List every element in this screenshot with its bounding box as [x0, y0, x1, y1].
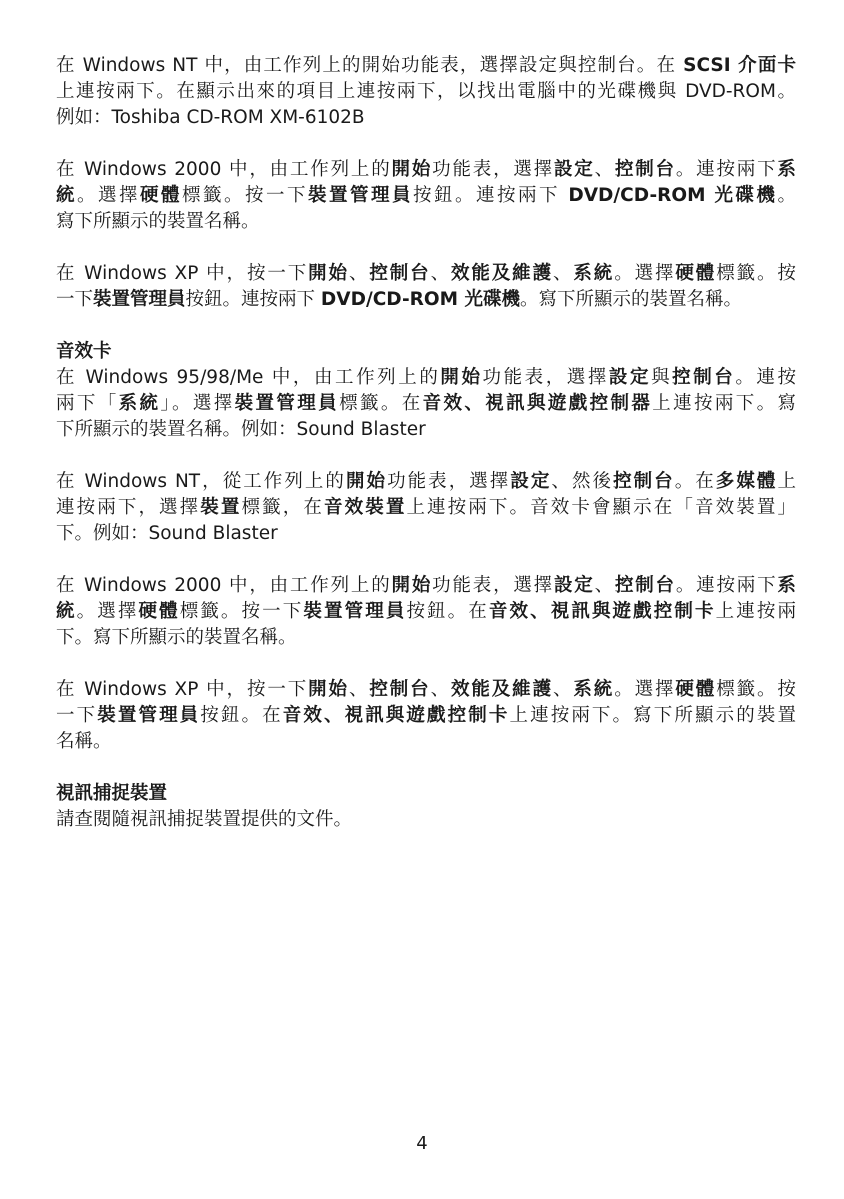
bold-term: 設定 [554, 159, 595, 180]
bold-term: 控制台 [369, 263, 430, 284]
bold-term: 開始 [308, 679, 349, 700]
bold-term: 裝置管理員 [97, 705, 200, 726]
bold-term: 多媒體 [716, 471, 778, 492]
text-line: 在 Windows NT 中，由工作列上的開始功能表，選擇設定與控制台。在 SC… [56, 53, 796, 79]
paragraph-sound-card: 音效卡在 Windows 95/98/Me 中，由工作列上的開始功能表，選擇設定… [56, 339, 796, 443]
text-run: 下。例如：Sound Blaster [56, 523, 278, 544]
text-run: 標籤，在 [242, 497, 324, 518]
bold-term: 系 [777, 159, 796, 180]
text-line: 在 Windows NT，從工作列上的開始功能表，選擇設定、然後控制台。在多媒體… [56, 469, 796, 495]
text-run: 例如：Toshiba CD-ROM XM-6102B [56, 107, 365, 128]
text-line: 名稱。 [56, 729, 796, 755]
text-line: 兩下「系統」。選擇裝置管理員標籤。在音效、視訊與遊戲控制器上連按兩下。寫 [56, 391, 796, 417]
bold-term: 控制台 [613, 471, 675, 492]
text-run: 在 Windows 2000 中，由工作列上的 [56, 575, 392, 596]
text-run: 、 [595, 575, 615, 596]
text-run: 。選擇 [614, 679, 675, 700]
text-run: 一下 [56, 705, 97, 726]
text-line: 下所顯示的裝置名稱。例如：Sound Blaster [56, 417, 796, 443]
text-run: 在 Windows XP 中，按一下 [56, 263, 308, 284]
text-line: 在 Windows 2000 中，由工作列上的開始功能表，選擇設定、控制台。連按… [56, 573, 796, 599]
bold-term: 音效裝置 [324, 497, 406, 518]
bold-term: 開始 [392, 159, 433, 180]
text-run: 連按兩下，選擇 [56, 497, 200, 518]
text-run: 、 [553, 679, 573, 700]
bold-term: 設定 [609, 367, 651, 388]
text-run: 。在 [675, 471, 716, 492]
text-line: 一下裝置管理員按鈕。在音效、視訊與遊戲控制卡上連按兩下。寫下所顯示的裝置 [56, 703, 796, 729]
text-line: 在 Windows 95/98/Me 中，由工作列上的開始功能表，選擇設定與控制… [56, 365, 796, 391]
text-run: 在 Windows NT 中，由工作列上的開始功能表，選擇設定與控制台。在 [56, 55, 683, 76]
bold-term: 開始 [392, 575, 433, 596]
text-run: 與 [651, 367, 672, 388]
text-run: 按鈕。連按兩下 [413, 185, 568, 206]
text-run: 。連按兩下 [676, 159, 778, 180]
bold-term: 裝置管理員 [303, 601, 406, 622]
text-run: 寫下所顯示的裝置名稱。 [56, 211, 260, 232]
section-heading: 音效卡 [56, 339, 796, 365]
paragraph-sound-2000: 在 Windows 2000 中，由工作列上的開始功能表，選擇設定、控制台。連按… [56, 573, 796, 651]
bold-term: 統 [56, 601, 77, 622]
text-run: 下所顯示的裝置名稱。例如：Sound Blaster [56, 419, 426, 440]
text-run: 。選擇 [77, 185, 140, 206]
text-run: 上連按兩下。在顯示出來的項目上連按兩下，以找出電腦中的光碟機與 DVD-ROM。 [56, 81, 796, 102]
text-run: 請查閱隨視訊捕捉裝置提供的文件。 [56, 809, 352, 830]
text-line: 統。選擇硬體標籤。按一下裝置管理員按鈕。連按兩下 DVD/CD-ROM 光碟機。 [56, 183, 796, 209]
bold-term: SCSI 介面卡 [683, 55, 796, 76]
text-run: 標籤。按一下 [180, 601, 304, 622]
text-run: 。選擇 [614, 263, 675, 284]
text-run: 、 [553, 263, 573, 284]
bold-term: 系統 [573, 679, 614, 700]
text-run: 上連按兩下。寫下所顯示的裝置 [509, 705, 795, 726]
text-run: 上 [777, 471, 796, 492]
bold-term: 裝置 [200, 497, 241, 518]
text-run: 在 Windows XP 中，按一下 [56, 679, 308, 700]
bold-term: 硬體 [675, 679, 716, 700]
bold-term: 裝置管理員 [308, 185, 413, 206]
text-run: 標籤。按 [716, 263, 796, 284]
text-run: 、 [349, 263, 369, 284]
bold-term: 控制台 [615, 159, 676, 180]
paragraph-cdrom-nt: 在 Windows NT 中，由工作列上的開始功能表，選擇設定與控制台。在 SC… [56, 53, 796, 131]
bold-term: 控制台 [615, 575, 676, 596]
text-run: 下。寫下所顯示的裝置名稱。 [56, 627, 297, 648]
text-line: 在 Windows XP 中，按一下開始、控制台、效能及維護、系統。選擇硬體標籤… [56, 261, 796, 287]
text-run: 、 [431, 679, 451, 700]
text-line: 例如：Toshiba CD-ROM XM-6102B [56, 105, 796, 131]
paragraph-sound-xp: 在 Windows XP 中，按一下開始、控制台、效能及維護、系統。選擇硬體標籤… [56, 677, 796, 755]
bold-term: 硬體 [140, 185, 182, 206]
text-line: 下。寫下所顯示的裝置名稱。 [56, 625, 796, 651]
bold-term: 控制台 [369, 679, 430, 700]
text-run: 功能表，選擇 [432, 159, 554, 180]
bold-term: 硬體 [675, 263, 716, 284]
bold-term: 設定 [510, 471, 551, 492]
bold-term: 開始 [308, 263, 349, 284]
text-run: 按鈕。在 [406, 601, 488, 622]
text-run: 按鈕。在 [200, 705, 282, 726]
bold-term: 裝置管理員 [235, 393, 339, 414]
paragraph-video-capture: 視訊捕捉裝置請查閱隨視訊捕捉裝置提供的文件。 [56, 781, 796, 833]
bold-term: 效能及維護 [451, 679, 553, 700]
text-run: 功能表，選擇 [432, 575, 554, 596]
text-line: 下。例如：Sound Blaster [56, 521, 796, 547]
paragraph-sound-nt: 在 Windows NT，從工作列上的開始功能表，選擇設定、然後控制台。在多媒體… [56, 469, 796, 547]
bold-term: 系統 [573, 263, 614, 284]
text-run: 一下 [56, 289, 93, 310]
bold-term: 音效、視訊與遊戲控制卡 [283, 705, 510, 726]
bold-term: 系 [777, 575, 796, 596]
bold-term: 音效、視訊與遊戲控制卡 [489, 601, 716, 622]
text-run: 功能表，選擇 [387, 471, 510, 492]
bold-term: 控制台 [672, 367, 735, 388]
bold-term: 音效、視訊與遊戲控制器 [423, 393, 653, 414]
text-run: 上連按兩下。寫 [652, 393, 796, 414]
text-run: 。寫下所顯示的裝置名稱。 [520, 289, 742, 310]
text-run: 標籤。按 [716, 679, 796, 700]
bold-term: 設定 [554, 575, 595, 596]
text-run: 標籤。在 [339, 393, 423, 414]
bold-term: DVD/CD-ROM 光碟機 [321, 289, 520, 310]
section-heading: 視訊捕捉裝置 [56, 781, 796, 807]
text-run: 兩下「 [56, 393, 119, 414]
bold-term: 裝置管理員 [93, 289, 186, 310]
text-run: 、然後 [551, 471, 613, 492]
text-line: 在 Windows XP 中，按一下開始、控制台、效能及維護、系統。選擇硬體標籤… [56, 677, 796, 703]
text-line: 連按兩下，選擇裝置標籤，在音效裝置上連按兩下。音效卡會顯示在「音效裝置」 [56, 495, 796, 521]
bold-term: 硬體 [138, 601, 179, 622]
text-line: 統。選擇硬體標籤。按一下裝置管理員按鈕。在音效、視訊與遊戲控制卡上連按兩 [56, 599, 796, 625]
text-run: 功能表，選擇 [483, 367, 609, 388]
text-run: 、 [349, 679, 369, 700]
text-line: 上連按兩下。在顯示出來的項目上連按兩下，以找出電腦中的光碟機與 DVD-ROM。 [56, 79, 796, 105]
text-run: 上連按兩下。音效卡會顯示在「音效裝置」 [406, 497, 796, 518]
document-page: 在 Windows NT 中，由工作列上的開始功能表，選擇設定與控制台。在 SC… [56, 53, 796, 859]
bold-term: 開始 [440, 367, 482, 388]
text-run: 上連按兩 [716, 601, 796, 622]
text-line: 寫下所顯示的裝置名稱。 [56, 209, 796, 235]
text-run: 。選擇 [77, 601, 139, 622]
bold-term: 系統 [119, 393, 161, 414]
bold-term: 開始 [346, 471, 387, 492]
text-run: 標籤。按一下 [182, 185, 308, 206]
text-run: 名稱。 [56, 731, 112, 752]
text-run: 。 [777, 185, 796, 206]
text-run: 在 Windows 2000 中，由工作列上的 [56, 159, 392, 180]
text-run: 在 Windows NT，從工作列上的 [56, 471, 346, 492]
text-run: 按鈕。連按兩下 [186, 289, 321, 310]
text-run: 」。選擇 [160, 393, 234, 414]
text-run: 在 Windows 95/98/Me 中，由工作列上的 [56, 367, 440, 388]
paragraph-cdrom-xp: 在 Windows XP 中，按一下開始、控制台、效能及維護、系統。選擇硬體標籤… [56, 261, 796, 313]
text-line: 一下裝置管理員按鈕。連按兩下 DVD/CD-ROM 光碟機。寫下所顯示的裝置名稱… [56, 287, 796, 313]
page-number: 4 [0, 1133, 844, 1154]
paragraph-cdrom-2000: 在 Windows 2000 中，由工作列上的開始功能表，選擇設定、控制台。連按… [56, 157, 796, 235]
text-run: 。連按兩下 [676, 575, 778, 596]
bold-term: DVD/CD-ROM 光碟機 [568, 185, 777, 206]
text-run: 、 [431, 263, 451, 284]
text-run: 、 [595, 159, 615, 180]
bold-term: 效能及維護 [451, 263, 553, 284]
text-line: 在 Windows 2000 中，由工作列上的開始功能表，選擇設定、控制台。連按… [56, 157, 796, 183]
text-run: 。連按 [735, 367, 796, 388]
bold-term: 統 [56, 185, 77, 206]
text-line: 請查閱隨視訊捕捉裝置提供的文件。 [56, 807, 796, 833]
